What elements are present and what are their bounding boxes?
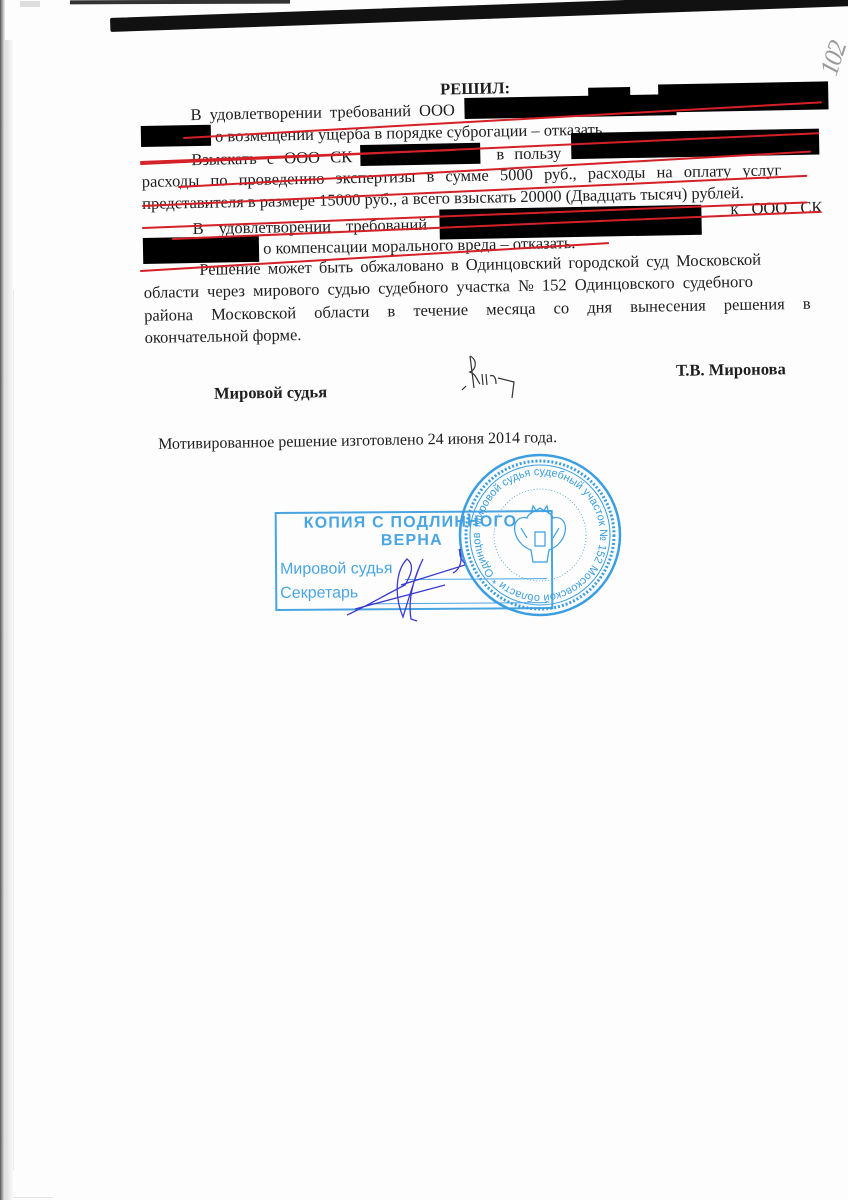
redaction bbox=[658, 81, 828, 112]
scan-artifact bbox=[70, 0, 290, 4]
scan-frame-line bbox=[13, 1197, 53, 1198]
secretary-signature bbox=[345, 545, 465, 625]
redaction-bar-top bbox=[110, 0, 848, 32]
text: к ООО СК bbox=[730, 197, 822, 221]
scan-frame-line bbox=[13, 290, 14, 1170]
text: окончательной форме. bbox=[144, 325, 301, 347]
judge-signature bbox=[456, 352, 518, 400]
signature-title: Мировой судья bbox=[214, 382, 327, 404]
redaction bbox=[588, 87, 630, 102]
decision-body: РЕШИЛ: В удовлетворении требований ООО к… bbox=[140, 73, 835, 349]
scan-artifact bbox=[20, 1, 40, 7]
scan-shadow bbox=[5, 40, 13, 1200]
motivated-decision-date: Мотивированное решение изготовлено 24 ию… bbox=[158, 429, 557, 454]
judge-name: Т.В. Миронова bbox=[676, 359, 786, 381]
stamp-heading: КОПИЯ С ПОДЛИННОГО bbox=[304, 513, 518, 532]
